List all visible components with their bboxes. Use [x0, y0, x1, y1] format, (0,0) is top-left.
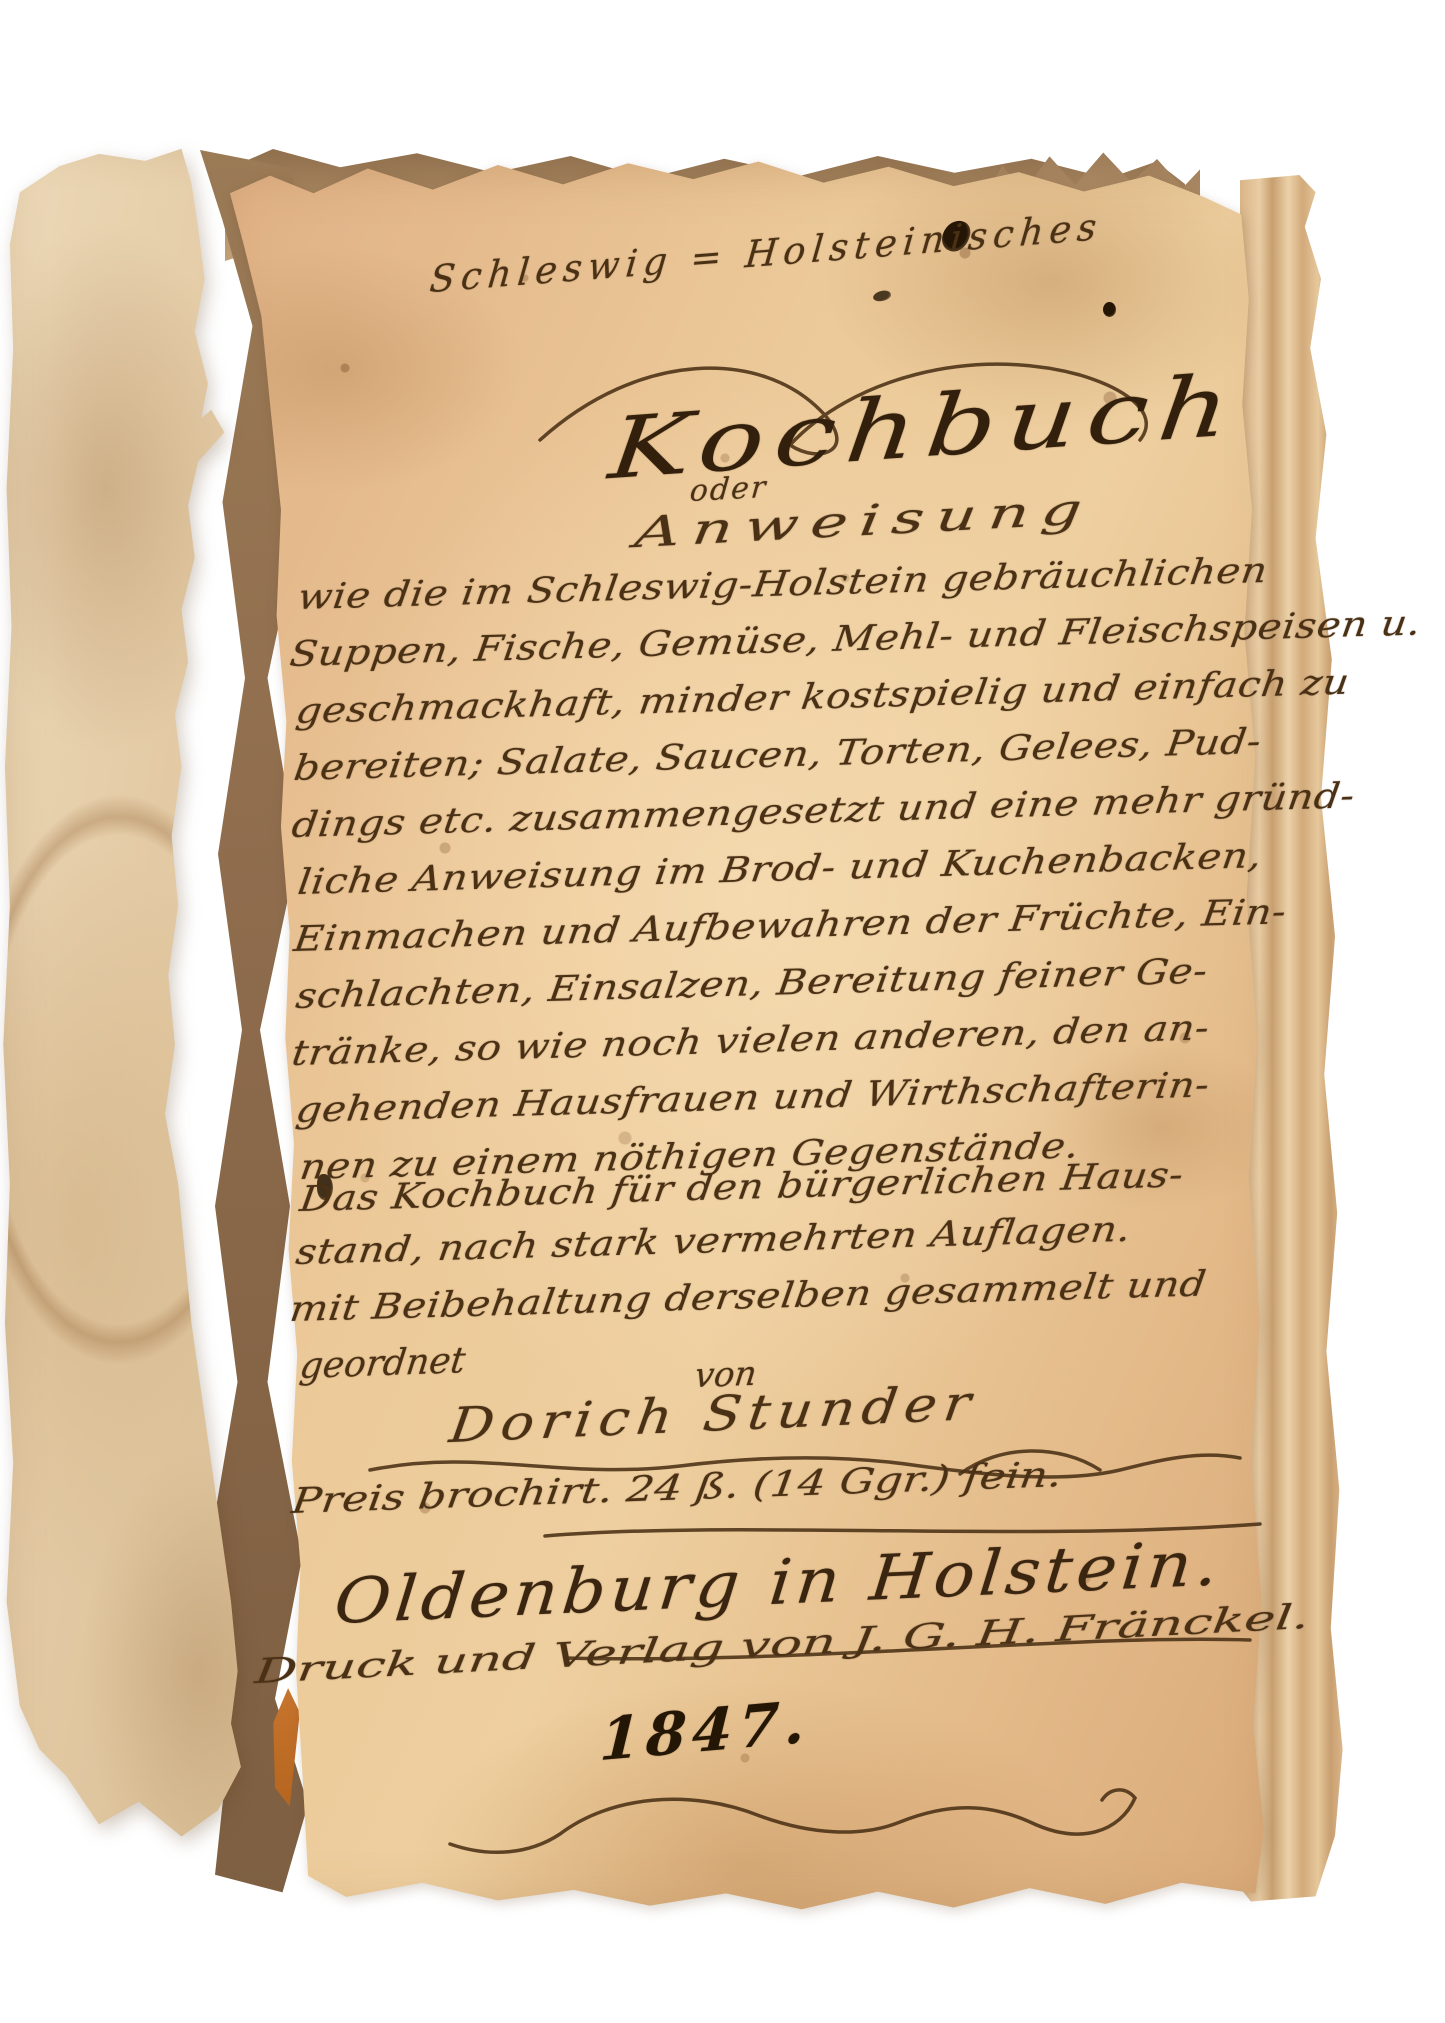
body-line: Einmachen und Aufbewahren der Früchte, E…	[291, 892, 1288, 960]
ink-blot	[872, 289, 892, 303]
body-line: geschmackhaft, minder kostspielig und ei…	[293, 662, 1352, 732]
book-photograph: Schleswig = Holsteinisches Kochbuch oder…	[0, 0, 1445, 2023]
body-line: schlachten, Einsalzen, Bereitung feiner …	[293, 951, 1210, 1017]
year: 1847.	[598, 1687, 812, 1774]
ink-flourish-bottom	[430, 1766, 1150, 1856]
note-line: stand, nach stark vermehrten Auflagen.	[293, 1210, 1133, 1273]
body-line: gehenden Hausfrauen und Wirthschafterin-	[293, 1065, 1212, 1131]
body-line: wie die im Schleswig-Holstein gebräuchli…	[295, 551, 1270, 618]
note-line: mit Beibehaltung derselben gesammelt und	[287, 1264, 1208, 1330]
geordnet-word: geordnet	[297, 1340, 467, 1387]
body-line: liche Anweisung im Brod- und Kuchenbacke…	[295, 836, 1264, 903]
body-line: bereiten; Salate, Saucen, Torten, Gelees…	[291, 722, 1263, 789]
ink-blot	[1103, 302, 1116, 317]
body-line: tränke, so wie noch vielen anderen, den …	[289, 1008, 1212, 1074]
spine-torn-flap	[170, 150, 320, 1910]
body-line: dings etc. zusammengesetzt und eine mehr…	[289, 776, 1357, 846]
